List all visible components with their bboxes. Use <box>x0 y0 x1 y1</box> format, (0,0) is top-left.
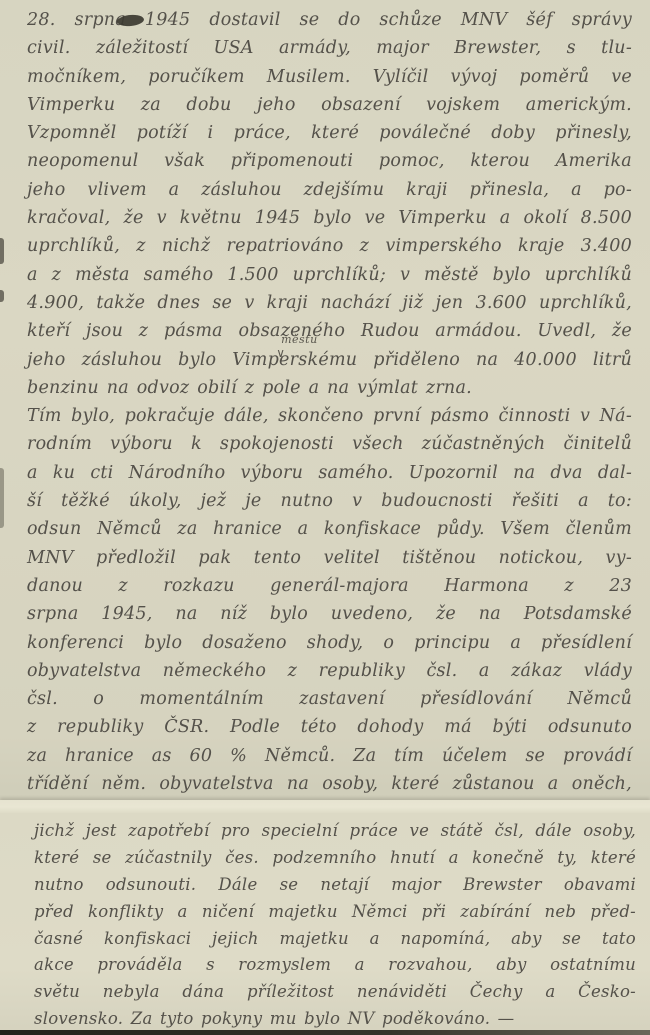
handwritten-text: časné konfiskaci jejich majetku a napomí… <box>34 929 636 948</box>
handwritten-text: Vimperku za dobu jeho obsazení vojskem a… <box>27 95 632 115</box>
text-line: před konflikty a ničení majetku Němci př… <box>34 899 636 926</box>
text-line: civil. záležitostí USA armády, major Bre… <box>27 34 632 62</box>
text-line: močníkem, poručíkem Musilem. Vylíčil výv… <box>27 63 632 91</box>
handwritten-text: rodním výboru k spokojenosti všech zúčas… <box>27 434 632 454</box>
handwritten-text: kteří jsou z pásma obsazeného Rudou armá… <box>27 321 632 341</box>
handwritten-text: Tím bylo, pokračuje dále, skončeno první… <box>27 406 632 426</box>
paragraph-block-lower: jichž jest zapotřebí pro specielní práce… <box>0 813 650 1035</box>
text-line: MNV předložil pak tento velitel tištěnou… <box>27 544 632 572</box>
handwritten-text: které se zúčastnily čes. podzemního hnut… <box>34 848 636 867</box>
text-line: danou z rozkazu generál-majora Harmona z… <box>27 572 632 600</box>
handwritten-text: 4.900, takže dnes se v kraji nachází již… <box>27 293 632 313</box>
text-line: akce prováděla s rozmyslem a rozvahou, a… <box>34 952 636 979</box>
handwritten-text: danou z rozkazu generál-majora Harmona z… <box>27 576 632 596</box>
text-line: benzinu na odvoz obilí z pole a na výmla… <box>27 374 632 402</box>
paragraph-block-upper: 28. srpna 1945 dostavil se do schůze MNV… <box>0 0 650 800</box>
text-line: z republiky ČSR. Podle této dohody má bý… <box>27 713 632 741</box>
text-line: uprchlíků, z nichž repatriováno z vimper… <box>27 232 632 260</box>
handwritten-text: civil. záležitostí USA armády, major Bre… <box>27 38 632 58</box>
text-line: konferenci bylo dosaženo shody, o princi… <box>27 629 632 657</box>
text-line: jeho vlivem a zásluhou zdejšímu kraji př… <box>27 176 632 204</box>
text-line: Vimperku za dobu jeho obsazení vojskem a… <box>27 91 632 119</box>
handwritten-text: neopomenul však připomenouti pomoc, kter… <box>27 151 632 171</box>
text-line: světu nebyla dána příležitost nenáviděti… <box>34 979 636 1006</box>
text-line: jeho zásluhou bylo Vimperskému přiděleno… <box>27 346 632 374</box>
handwritten-text: před konflikty a ničení majetku Němci př… <box>34 902 636 921</box>
interlinear-insertion: městu <box>281 334 318 345</box>
handwritten-text: močníkem, poručíkem Musilem. Vylíčil výv… <box>27 67 632 87</box>
scan-seam <box>0 800 650 813</box>
handwritten-text: jeho vlivem a zásluhou zdejšímu kraji př… <box>27 180 632 200</box>
handwritten-text: z republiky ČSR. Podle této dohody má bý… <box>27 717 632 737</box>
handwritten-text: Vzpomněl potíží i práce, které poválečné… <box>27 123 632 143</box>
scan-edge-artifact <box>0 238 4 264</box>
text-line: Tím bylo, pokračuje dále, skončeno první… <box>27 402 632 430</box>
text-line: Vzpomněl potíží i práce, které poválečné… <box>27 119 632 147</box>
text-line: které se zúčastnily čes. podzemního hnut… <box>34 845 636 872</box>
text-line: odsun Němců za hranice a konfiskace půdy… <box>27 515 632 543</box>
text-line: a z města samého 1.500 uprchlíků; v měst… <box>27 261 632 289</box>
text-line: za hranice as 60 % Němců. Za tím účelem … <box>27 742 632 770</box>
handwritten-text: slovensko. Za tyto pokyny mu bylo NV pod… <box>34 1009 514 1028</box>
text-line: kteří jsou z pásma obsazeného Rudou armá… <box>27 317 632 345</box>
text-line: neopomenul však připomenouti pomoc, kter… <box>27 147 632 175</box>
handwritten-text: za hranice as 60 % Němců. Za tím účelem … <box>27 746 632 766</box>
document-page: 28. srpna 1945 dostavil se do schůze MNV… <box>0 0 650 1035</box>
handwritten-text: odsun Němců za hranice a konfiskace půdy… <box>27 519 632 539</box>
handwritten-text: světu nebyla dána příležitost nenáviděti… <box>34 982 636 1001</box>
text-line: srpna 1945, na níž bylo uvedeno, že na P… <box>27 600 632 628</box>
text-line: jichž jest zapotřebí pro specielní práce… <box>34 818 636 845</box>
handwritten-text: jichž jest zapotřebí pro specielní práce… <box>34 821 636 840</box>
handwritten-text: nutno odsunouti. Dále se netají major Br… <box>34 875 636 894</box>
scan-edge-artifact <box>0 468 4 528</box>
text-line: ší těžké úkoly, jež je nutno v budoucnos… <box>27 487 632 515</box>
text-line: a ku cti Národního výboru samého. Upozor… <box>27 459 632 487</box>
text-line: rodním výboru k spokojenosti všech zúčas… <box>27 430 632 458</box>
handwritten-text: ší těžké úkoly, jež je nutno v budoucnos… <box>27 491 632 511</box>
handwritten-text: obyvatelstva německého z republiky čsl. … <box>27 661 632 681</box>
handwritten-text: čsl. o momentálním zastavení přesídlován… <box>27 689 632 709</box>
handwritten-text: benzinu na odvoz obilí z pole a na výmla… <box>27 378 472 398</box>
text-line: obyvatelstva německého z republiky čsl. … <box>27 657 632 685</box>
scan-edge-artifact <box>0 290 4 302</box>
text-line: třídění něm. obyvatelstva na osoby, kter… <box>27 770 632 798</box>
caret-mark: ∨ <box>276 347 285 359</box>
text-line: čsl. o momentálním zastavení přesídlován… <box>27 685 632 713</box>
handwritten-text: MNV předložil pak tento velitel tištěnou… <box>27 548 632 568</box>
handwritten-text: a z města samého 1.500 uprchlíků; v měst… <box>27 265 632 285</box>
handwritten-text: uprchlíků, z nichž repatriováno z vimper… <box>27 236 632 256</box>
handwritten-text: konferenci bylo dosaženo shody, o princi… <box>27 633 632 653</box>
handwritten-text: kračoval, že v květnu 1945 bylo ve Vimpe… <box>27 208 632 228</box>
scan-bottom-edge <box>0 1030 650 1035</box>
text-line: kračoval, že v květnu 1945 bylo ve Vimpe… <box>27 204 632 232</box>
text-line: 4.900, takže dnes se v kraji nachází již… <box>27 289 632 317</box>
handwritten-text: akce prováděla s rozmyslem a rozvahou, a… <box>34 955 636 974</box>
text-line: nutno odsunouti. Dále se netají major Br… <box>34 872 636 899</box>
text-line: časné konfiskaci jejich majetku a napomí… <box>34 926 636 953</box>
handwritten-text: a ku cti Národního výboru samého. Upozor… <box>27 463 632 483</box>
handwritten-text: třídění něm. obyvatelstva na osoby, kter… <box>27 774 632 794</box>
handwritten-text: jeho zásluhou bylo Vimperskému přiděleno… <box>27 350 632 370</box>
handwritten-text: srpna 1945, na níž bylo uvedeno, že na P… <box>27 604 632 624</box>
